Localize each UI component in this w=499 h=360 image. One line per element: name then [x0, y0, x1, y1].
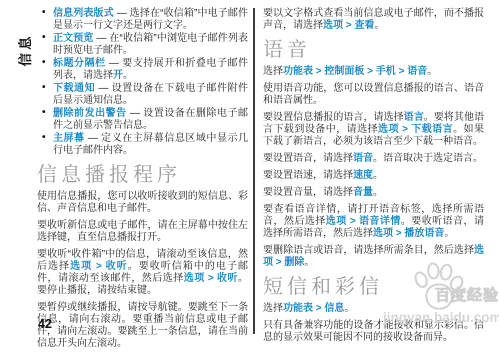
paragraph: 要以文字格式查看当前信息或电子邮件，而不播报声音，请选择选项 > 查看。	[263, 8, 484, 32]
highlighted-term: 选项 > 播放语音	[373, 228, 444, 239]
highlighted-term: 选项 > 语音详情	[326, 216, 401, 227]
highlighted-term: 主屏幕	[53, 133, 85, 144]
text-run: 要收听新信息或电子邮件，请在主屏幕中按住左选择键，直至信息播报打开。	[37, 220, 248, 243]
highlighted-term: 正文预览	[53, 33, 94, 44]
text-run: 。	[444, 228, 454, 239]
text-run: 。语音取决于选定语言。	[373, 153, 483, 164]
bullet-item: 正文预览 — 在“收信箱”中浏览电子邮件列表时预览电子邮件。	[37, 33, 248, 57]
highlighted-term: 信息列表版式	[53, 8, 114, 19]
paragraph: 要设置语速，请选择速度。	[263, 170, 484, 182]
text-run: 选择	[263, 66, 283, 77]
highlighted-term: 删除前发出警告	[53, 108, 127, 119]
highlighted-term: 开	[113, 70, 123, 81]
paragraph: 选择功能表 > 控制面板 > 手机 > 语音。	[263, 66, 484, 78]
highlighted-term: 速度	[353, 170, 373, 181]
column-divider	[253, 8, 255, 334]
paragraph: 要设置信息播报的语言，请选择语言。要将其他语言下载到设备中，请选择选项 > 下载…	[263, 112, 484, 148]
highlighted-term: 音量	[353, 187, 373, 198]
highlighted-term: 标题分隔栏	[53, 58, 106, 69]
bullet-item: 主屏幕 — 定义在主屏幕信息区域中显示几行电子邮件内容。	[37, 133, 248, 157]
highlighted-term: 语言	[404, 112, 424, 123]
section-heading: 短信和彩信	[263, 276, 484, 298]
highlighted-term: 选项 > 收听	[70, 261, 128, 272]
highlighted-term: 功能表 > 信息	[283, 303, 344, 314]
paragraph: 要收听新信息或电子邮件，请在主屏幕中按住左选择键，直至信息播报打开。	[37, 220, 248, 244]
text-run: 要设置语速，请选择	[263, 170, 353, 181]
text-run: 。	[427, 66, 437, 77]
text-run: 只有具备兼容功能的设备才能接收和显示彩信。信息的显示效果可能因不同的接收设备而异…	[263, 320, 484, 343]
bullet-item: 下载通知 — 设置设备在下载电子邮件附件后显示通知信息。	[37, 83, 248, 107]
text-run: 要设置信息播报的语言，请选择	[263, 112, 404, 123]
paragraph: 要收听“收件箱”中的信息，请滚动至该信息，然后选择选项 > 收听。要收听信箱中的…	[37, 249, 248, 297]
text-run: 要设置音量，请选择	[263, 187, 353, 198]
left-column: 信息列表版式 — 选择在“收信箱”中电子邮件是显示一行文字还是两行文字。正文预览…	[37, 8, 248, 355]
text-run: 要删除语言或语音，请选择所需条目，然后选择	[263, 245, 474, 256]
bullet-item: 信息列表版式 — 选择在“收信箱”中电子邮件是显示一行文字还是两行文字。	[37, 8, 248, 32]
chapter-tab-label: 信息	[18, 34, 33, 67]
text-run: 。	[374, 20, 384, 31]
manual-page: 信息 信息列表版式 — 选择在“收信箱”中电子邮件是显示一行文字还是两行文字。正…	[0, 0, 499, 360]
paragraph: 使用语音功能，您可以设置信息播报的语言、语音和语音属性。	[263, 83, 484, 107]
section-heading: 语音	[263, 39, 484, 61]
highlighted-term: 语音	[353, 153, 373, 164]
text-run: 。	[304, 257, 314, 268]
right-column: 要以文字格式查看当前信息或电子邮件，而不播报声音，请选择选项 > 查看。语音选择…	[263, 8, 484, 349]
paragraph: 选择功能表 > 信息。	[263, 303, 484, 315]
highlighted-term: 选项 > 下载语言	[378, 124, 453, 135]
text-run: 要设置语音，请选择	[263, 153, 353, 164]
text-run: 。	[373, 187, 383, 198]
text-run: 选择	[263, 303, 283, 314]
paragraph: 使用信息播报，您可以收听接收到的短信息、彩信、声音信息和电子邮件。	[37, 191, 248, 215]
paragraph: 要暂停或继续播报，请按导航键。要跳至下一条信息，请向右滚动。要重播当前信息或电子…	[37, 302, 248, 350]
highlighted-term: 选项 > 收听	[184, 273, 238, 284]
highlighted-term: 功能表 > 控制面板 > 手机 > 语音	[283, 66, 427, 77]
paragraph: 要设置语音，请选择语音。语音取决于选定语言。	[263, 153, 484, 165]
paragraph: 要设置音量，请选择音量。	[263, 187, 484, 199]
bullet-item: 删除前发出警告 — 设置设备在删除电子邮件之前显示警告信息。	[37, 108, 248, 132]
text-run: 要暂停或继续播报，请按导航键。要跳至下一条信息，请向右滚动。要重播当前信息或电子…	[37, 302, 248, 349]
paragraph: 要删除语言或语音，请选择所需条目，然后选择选项 > 删除。	[263, 245, 484, 269]
chapter-tab: 信息	[20, 34, 32, 67]
section-heading: 信息播报程序	[37, 164, 248, 186]
text-run: 。	[344, 303, 354, 314]
highlighted-term: 选项 > 查看	[323, 20, 374, 31]
page-number: 42	[38, 318, 52, 330]
text-run: 使用信息播报，您可以收听接收到的短信息、彩信、声音信息和电子邮件。	[37, 191, 248, 214]
paragraph: 只有具备兼容功能的设备才能接收和显示彩信。信息的显示效果可能因不同的接收设备而异…	[263, 320, 484, 344]
highlighted-term: 下载通知	[53, 83, 95, 94]
text-run: 使用语音功能，您可以设置信息播报的语言、语音和语音属性。	[263, 83, 484, 106]
bullet-item: 标题分隔栏 — 要支持展开和折叠电子邮件列表，请选择开。	[37, 58, 248, 82]
text-run: 。	[373, 170, 383, 181]
text-run: 。	[123, 70, 133, 81]
paragraph: 要查看语音详情，请打开语音标签，选择所需语音，然后选择选项 > 语音详情。要收听…	[263, 204, 484, 240]
